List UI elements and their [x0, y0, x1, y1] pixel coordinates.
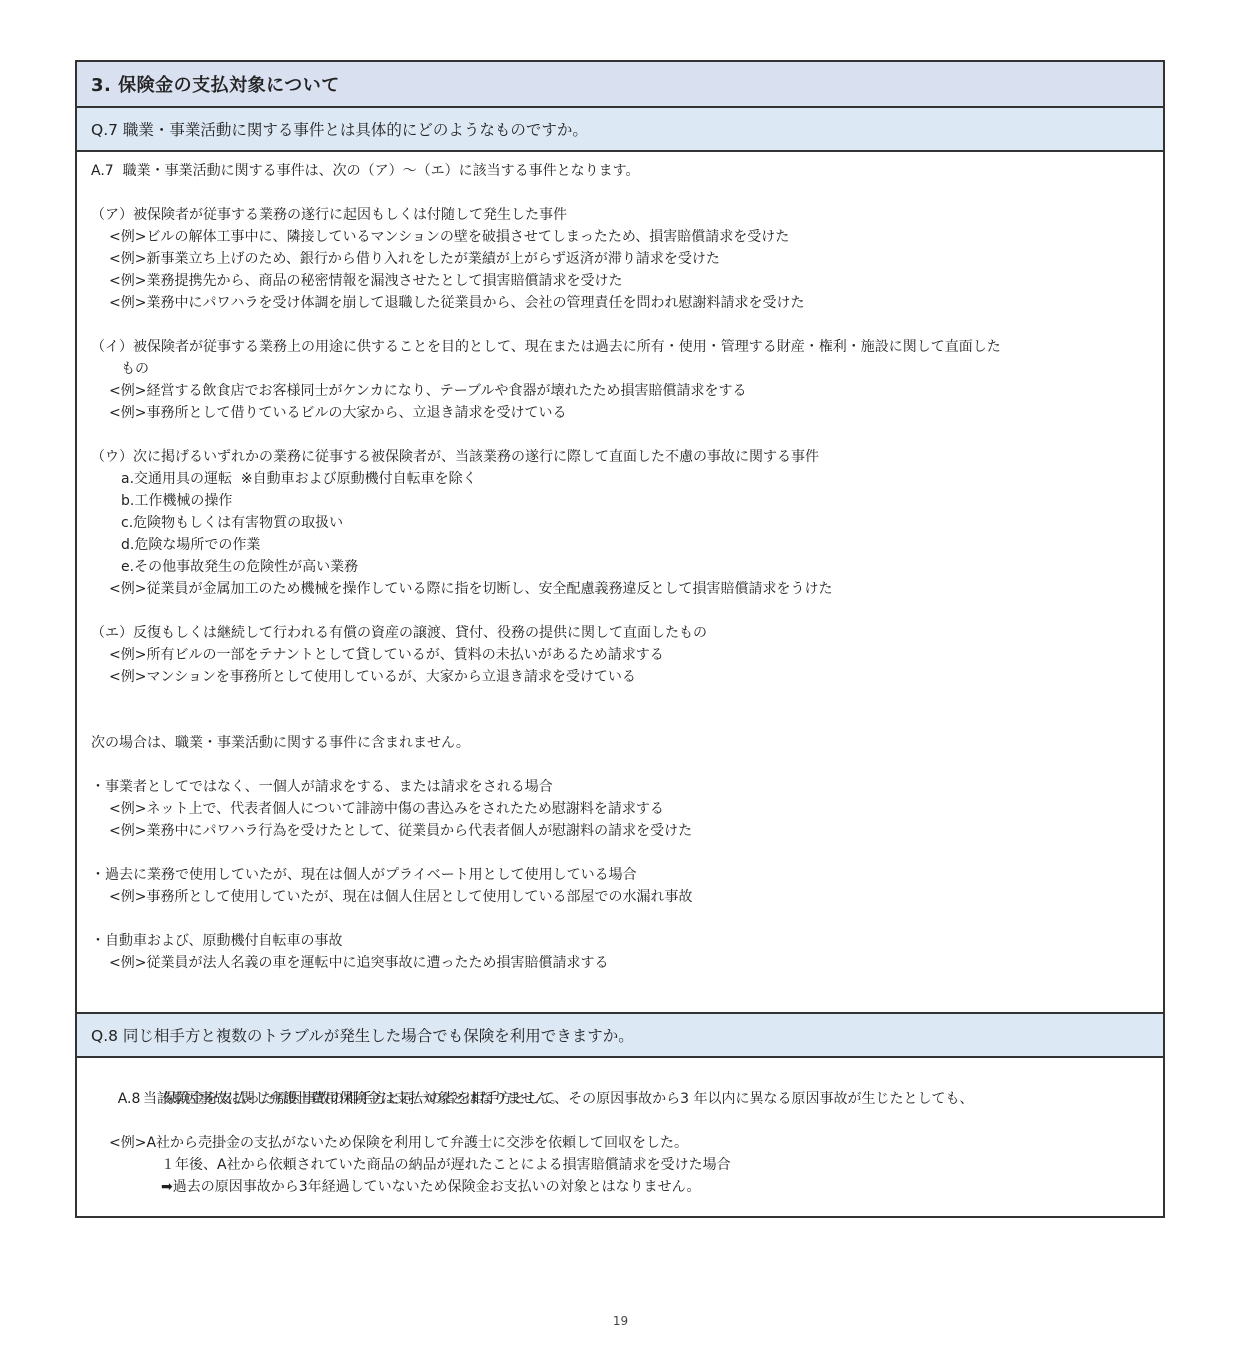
exclusion-heading: ・自動車および、原動機付自転車の事故 — [91, 930, 1149, 952]
item-i-example: <例>事務所として借りているビルの大家から、立退き請求を受けている — [91, 402, 1149, 424]
exclusion-example: <例>業務中にパワハラ行為を受けたとして、従業員から代表者個人が慰謝料の請求を受… — [91, 820, 1149, 842]
exclusion-example: <例>ネット上で、代表者個人について誹謗中傷の書込みをされたため慰謝料を請求する — [91, 798, 1149, 820]
item-a-example: <例>業務中にパワハラを受け体調を崩して退職した従業員から、会社の管理責任を問わ… — [91, 292, 1149, 314]
answer-label: A.8 — [118, 1091, 141, 1107]
answer-a8-line1: A.8保険金を支払った原因事故の相手方と同一の者を相手方として、その原因事故から… — [91, 1066, 1149, 1088]
item-u-example: <例>従業員が金属加工のため機械を操作している際に指を切断し、安全配慮義務違反と… — [91, 578, 1149, 600]
exclusion-heading: ・過去に業務で使用していたが、現在は個人がプライベート用として使用している場合 — [91, 864, 1149, 886]
item-u-subitem: c.危険物もしくは有害物質の取扱い — [91, 512, 1149, 534]
item-a-example: <例>業務提携先から、商品の秘密情報を漏洩させたとして損害賠償請求を受けた — [91, 270, 1149, 292]
faq-frame: 3. 保険金の支払対象について Q.7 職業・事業活動に関する事件とは具体的にど… — [75, 60, 1165, 1218]
question-q7: Q.7 職業・事業活動に関する事件とは具体的にどのようなものですか。 — [77, 108, 1163, 152]
answer-intro: A.7 職業・事業活動に関する事件は、次の（ア）～（エ）に該当する事件となります… — [91, 160, 1149, 182]
item-i-heading: （イ）被保険者が従事する業務上の用途に供することを目的として、現在または過去に所… — [91, 336, 1149, 358]
item-u-subitem: d.危険な場所での作業 — [91, 534, 1149, 556]
answer-a8: A.8保険金を支払った原因事故の相手方と同一の者を相手方として、その原因事故から… — [77, 1058, 1163, 1216]
answer-a7: A.7 職業・事業活動に関する事件は、次の（ア）～（エ）に該当する事件となります… — [77, 152, 1163, 1012]
item-e-example: <例>マンションを事務所として使用しているが、大家から立退き請求を受けている — [91, 666, 1149, 688]
section-title: 3. 保険金の支払対象について — [77, 62, 1163, 108]
question-q8: Q.8 同じ相手方と複数のトラブルが発生した場合でも保険を利用できますか。 — [77, 1012, 1163, 1058]
item-a-heading: （ア）被保険者が従事する業務の遂行に起因もしくは付随して発生した事件 — [91, 204, 1149, 226]
item-a-example: <例>新事業立ち上げのため、銀行から借り入れをしたが業績が上がらず返済が滞り請求… — [91, 248, 1149, 270]
exclusion-heading: ・事業者としてではなく、一個人が請求をする、または請求をされる場合 — [91, 776, 1149, 798]
page-number: 19 — [0, 1314, 1241, 1328]
item-e-example: <例>所有ビルの一部をテナントとして貸しているが、賃料の未払いがあるため請求する — [91, 644, 1149, 666]
example-line: <例>A社から売掛金の支払がないため保険を利用して弁護士に交渉を依頼して回収をし… — [91, 1132, 1149, 1154]
exclusion-example: <例>従業員が法人名義の車を運転中に追突事故に遭ったため損害賠償請求する — [91, 952, 1149, 974]
item-a-example: <例>ビルの解体工事中に、隣接しているマンションの壁を破損させてしまったため、損… — [91, 226, 1149, 248]
item-i-example: <例>経営する飲食店でお客様同士がケンカになり、テーブルや食器が壊れたため損害賠… — [91, 380, 1149, 402]
item-u-subitem: b.工作機械の操作 — [91, 490, 1149, 512]
example-line: １年後、A社から依頼されていた商品の納品が遅れたことによる損害賠償請求を受けた場… — [91, 1154, 1149, 1176]
item-u-heading: （ウ）次に掲げるいずれかの業務に従事する被保険者が、当該業務の遂行に際して直面し… — [91, 446, 1149, 468]
example-conclusion: ➡過去の原因事故から3年経過していないため保険金お支払いの対象とはなりません。 — [91, 1176, 1149, 1198]
exclusion-example: <例>事務所として使用していたが、現在は個人住居として使用している部屋での水漏れ… — [91, 886, 1149, 908]
item-u-subitem: a.交通用具の運転 ※自動車および原動機付自転車を除く — [91, 468, 1149, 490]
item-e-heading: （エ）反復もしくは継続して行われる有償の資産の譲渡、貸付、役務の提供に関して直面… — [91, 622, 1149, 644]
item-i-heading-cont: もの — [91, 358, 1149, 380]
item-u-subitem: e.その他事故発生の危険性が高い業務 — [91, 556, 1149, 578]
exclusion-intro: 次の場合は、職業・事業活動に関する事件に含まれません。 — [91, 732, 1149, 754]
